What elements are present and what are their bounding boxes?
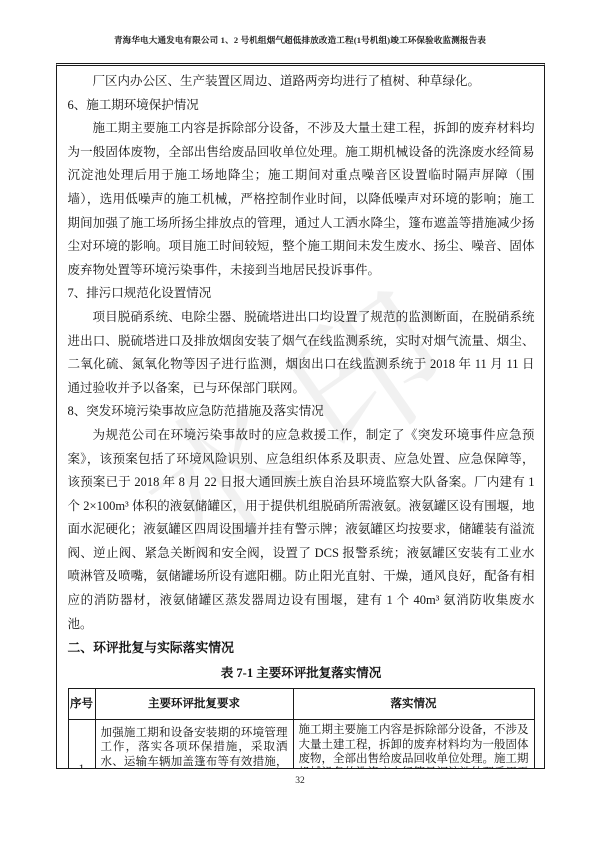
report-header-title: 青海华电大通发电有限公司 1、2 号机组烟气超低排放改造工程(1号机组)竣工环保…	[0, 0, 600, 46]
section-6-body: 施工期主要施工内容是拆除部分设备，不涉及大量土建工程，拆卸的废弃材料均为一般固体…	[68, 117, 535, 282]
page-number: 32	[0, 776, 600, 786]
row-1-implementation: 施工期主要施工内容是拆除部分设备，不涉及大量土建工程，拆卸的废弃材料均为一般固体…	[293, 720, 534, 769]
greening-paragraph: 厂区内办公区、生产装置区周边、道路两旁均进行了植树、种草绿化。	[68, 70, 535, 94]
section-7-heading: 7、排污口规范化设置情况	[68, 282, 535, 306]
row-1-requirement: 加强施工期和设备安装期的环境管理工作，落实各项环保措施，采取洒水、运输车辆加盖篷…	[95, 720, 293, 769]
row-1-requirement-text: 加强施工期和设备安装期的环境管理工作，落实各项环保措施，采取洒水、运输车辆加盖篷…	[101, 726, 288, 769]
header-cell-requirement: 主要环评批复要求	[95, 689, 293, 720]
table-7-1-caption: 表 7-1 主要环评批复落实情况	[68, 661, 535, 686]
section-7-body: 项目脱硝系统、电除尘器、脱硫塔进出口均设置了规范的监测断面，在脱硝系统进出口、脱…	[68, 306, 535, 400]
header-cell-implementation: 落实情况	[293, 689, 534, 720]
header-cell-no: 序号	[68, 689, 95, 720]
section-6-heading: 6、施工期环境保护情况	[68, 94, 535, 118]
document-page: 水印 青海华电大通发电有限公司 1、2 号机组烟气超低排放改造工程(1号机组)竣…	[0, 0, 600, 848]
content-box: 厂区内办公区、生产装置区周边、道路两旁均进行了植树、种草绿化。 6、施工期环境保…	[56, 63, 545, 769]
part-2-heading: 二、环评批复与实际落实情况	[68, 636, 535, 660]
approval-implementation-table: 序号 主要环评批复要求 落实情况 1 加强施工期和设备安装期的环境管理工作，落实…	[68, 688, 535, 769]
row-1-implementation-text: 施工期主要施工内容是拆除部分设备，不涉及大量土建工程，拆卸的废弃材料均为一般固体…	[299, 723, 529, 769]
table-row: 1 加强施工期和设备安装期的环境管理工作，落实各项环保措施，采取洒水、运输车辆加…	[68, 720, 534, 769]
table-header-row: 序号 主要环评批复要求 落实情况	[68, 689, 534, 720]
section-8-heading: 8、突发环境污染事故应急防范措施及落实情况	[68, 400, 535, 424]
section-8-body: 为规范公司在环境污染事故时的应急救援工作，制定了《突发环境事件应急预案》，该预案…	[68, 424, 535, 636]
row-1-no: 1	[68, 720, 95, 769]
